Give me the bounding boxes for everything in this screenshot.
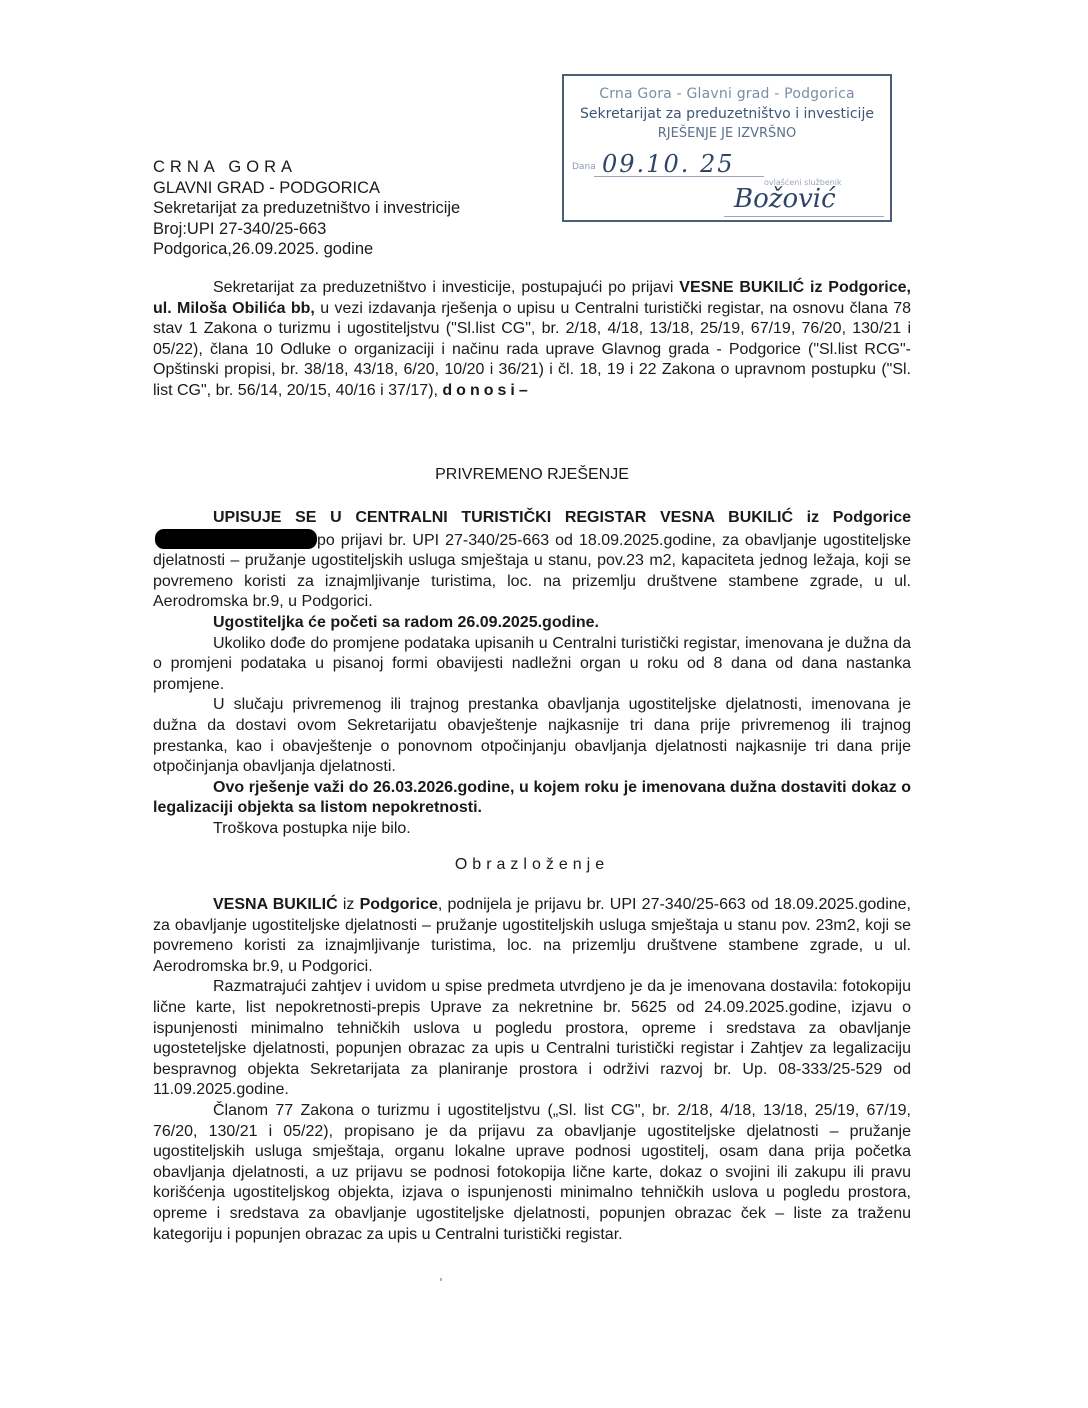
reasoning-title: Obrazloženje [153,856,911,874]
reasoning-paragraph-1: VESNA BUKILIĆ iz Podgorice, podnijela je… [153,895,911,977]
document-page: Crna Gora - Glavni grad - Podgorica Sekr… [0,0,1088,1408]
stamp-date-label: Dana [572,162,596,172]
signature: Božović [734,184,836,214]
scan-artifact [440,1278,442,1281]
execution-stamp: Crna Gora - Glavni grad - Podgorica Sekr… [562,74,892,222]
decision-body: UPISUJE SE U CENTRALNI TURISTIČKI REGIST… [153,508,911,840]
decision-paragraph-6: Troškova postupka nije bilo. [153,819,911,840]
decision-registration-heading: UPISUJE SE U CENTRALNI TURISTIČKI REGIST… [213,509,911,526]
decision-title: PRIVREMENO RJEŠENJE [153,466,911,484]
header-country: CRNA GORA [153,157,460,178]
decision-paragraph-1: UPISUJE SE U CENTRALNI TURISTIČKI REGIST… [153,508,911,613]
decision-paragraph-5: Ovo rješenje važi do 26.03.2026.godine, … [153,778,911,819]
header-secretariat: Sekretarijat za preduzetništvo i investr… [153,198,460,219]
reasoning-body: VESNA BUKILIĆ iz Podgorice, podnijela je… [153,895,911,1245]
reasoning-paragraph-2: Razmatrajući zahtjev i uvidom u spise pr… [153,977,911,1101]
header-place-date: Podgorica,26.09.2025. godine [153,239,460,260]
stamp-date-handwritten: 09.10. 25 [602,150,735,178]
intro-donosi: donosi– [442,382,531,399]
reasoning-applicant-city: Podgorice [360,896,438,913]
reasoning-text-mid: iz [338,896,360,913]
intro-text-a: Sekretarijat za preduzetništvo i investi… [213,279,679,296]
stamp-line-3: RJEŠENJE JE IZVRŠNO [564,126,890,141]
header-city: GLAVNI GRAD - PODGORICA [153,178,460,199]
header-number: Broj:UPI 27-340/25-663 [153,219,460,240]
document-header: CRNA GORA GLAVNI GRAD - PODGORICA Sekret… [153,157,460,260]
intro-paragraph: Sekretarijat za preduzetništvo i investi… [153,278,911,402]
stamp-line-1: Crna Gora - Glavni grad - Podgorica [564,86,890,102]
decision-paragraph-3: Ukoliko dođe do promjene podataka upisan… [153,634,911,696]
signature-line [724,216,884,217]
reasoning-applicant-name: VESNA BUKILIĆ [213,896,338,913]
stamp-line-2: Sekretarijat za preduzetništvo i investi… [564,106,890,122]
redaction-box [155,529,317,549]
decision-paragraph-2: Ugostiteljka će početi sa radom 26.09.20… [153,613,911,634]
decision-paragraph-4: U slučaju privremenog ili trajnog presta… [153,695,911,777]
reasoning-paragraph-3: Članom 77 Zakona o turizmu i ugostiteljs… [153,1101,911,1245]
